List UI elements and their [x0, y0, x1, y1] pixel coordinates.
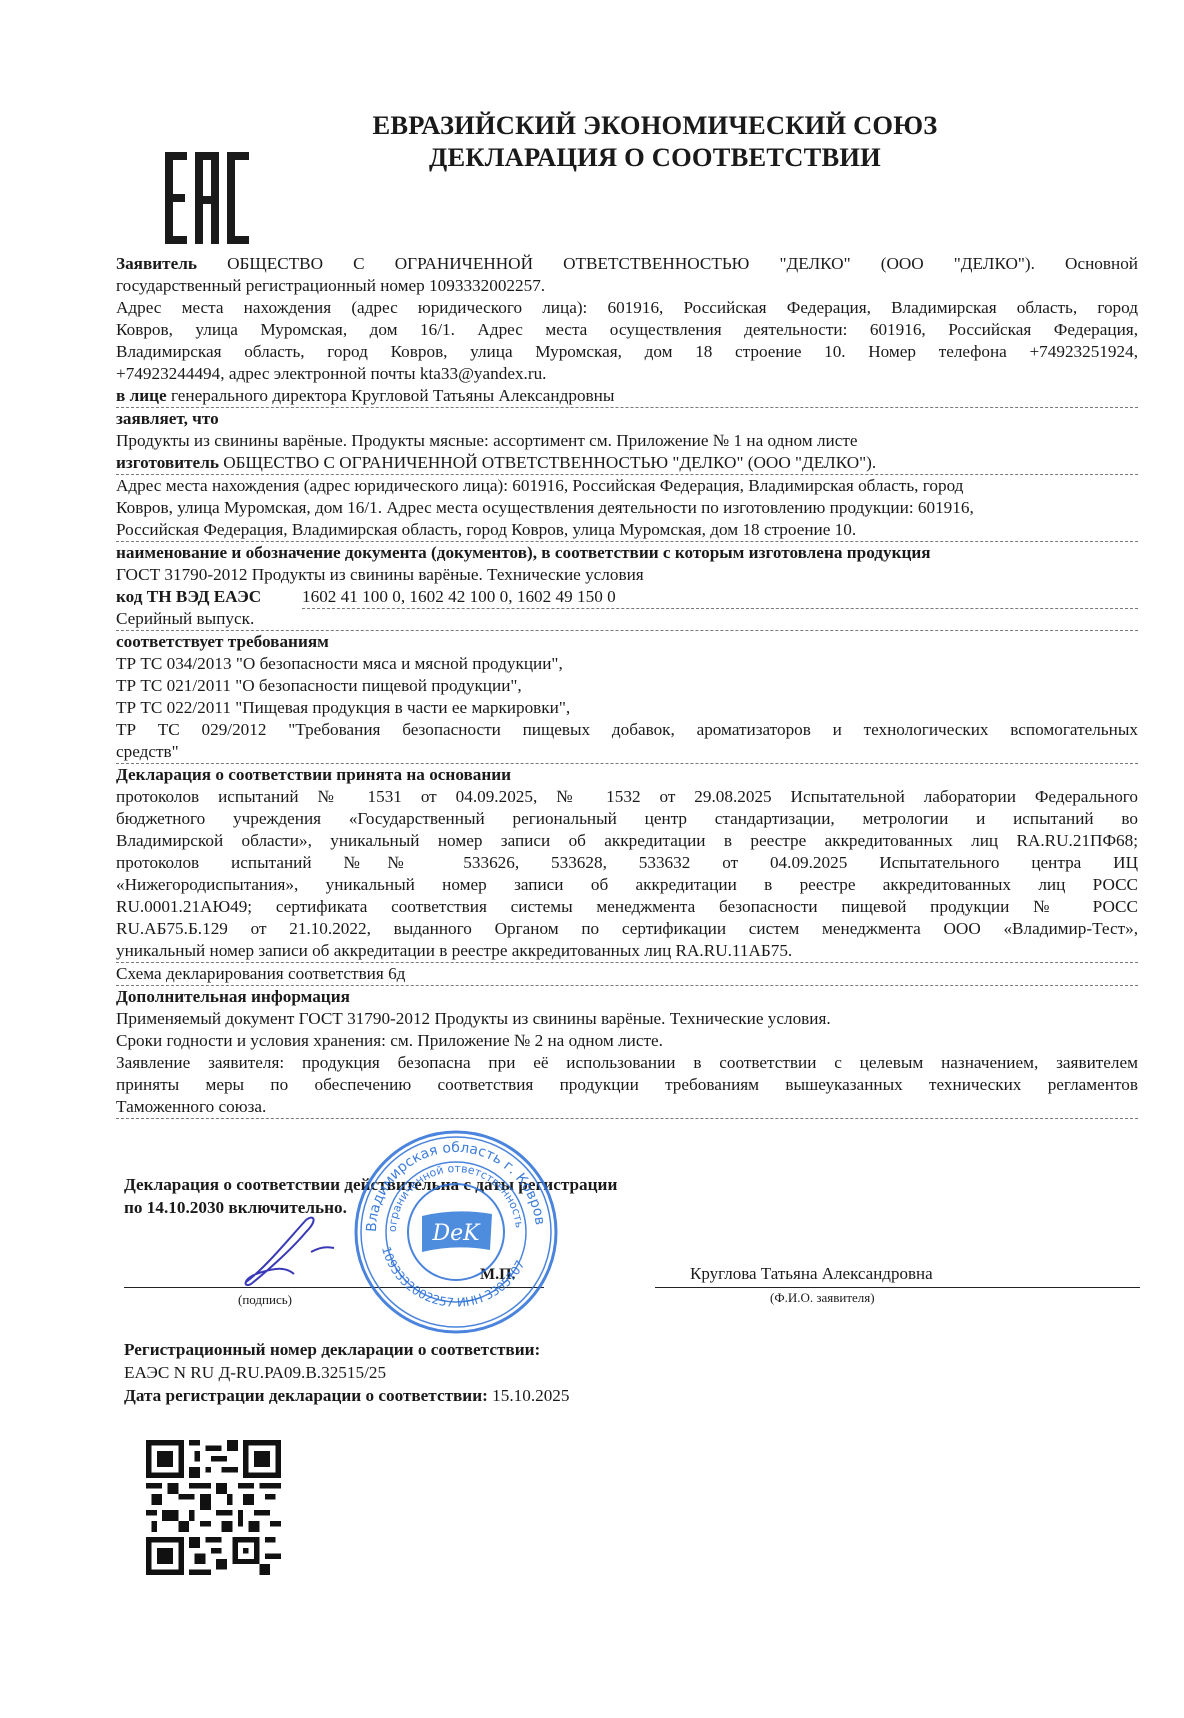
- hs-code-row: код ТН ВЭД ЕАЭС1602 41 100 0, 1602 42 10…: [116, 586, 1138, 608]
- applicant-label: Заявитель: [116, 254, 197, 273]
- product-description: Продукты из свинины варёные. Продукты мя…: [116, 430, 1138, 452]
- registration-number: ЕАЭС N RU Д-RU.РА09.В.32515/25: [124, 1361, 569, 1384]
- scheme: Схема декларирования соответствия 6д: [116, 963, 1138, 986]
- svg-text:DeK: DeK: [431, 1221, 481, 1246]
- requirement-item: средств": [116, 741, 1138, 764]
- requirement-item: ТР ТС 034/2013 "О безопасности мяса и мя…: [116, 653, 1138, 675]
- manufacturer-line: изготовитель ОБЩЕСТВО С ОГРАНИЧЕННОЙ ОТВ…: [116, 452, 1138, 475]
- applicant-ogrn: государственный регистрационный номер 10…: [116, 275, 1138, 297]
- standard-value: ГОСТ 31790-2012 Продукты из свинины варё…: [116, 564, 1138, 586]
- signature-icon: [236, 1212, 356, 1292]
- applicant-contacts: +74923244494, адрес электронной почты kt…: [116, 363, 1138, 385]
- document-body: Заявитель ОБЩЕСТВО С ОГРАНИЧЕННОЙ ОТВЕТС…: [116, 253, 1138, 1119]
- applicant-name-caption: (Ф.И.О. заявителя): [770, 1290, 875, 1306]
- basis-label: Декларация о соответствии принята на осн…: [116, 764, 1138, 786]
- registration-date: 15.10.2025: [492, 1386, 569, 1405]
- union-title: ЕВРАЗИЙСКИЙ ЭКОНОМИЧЕСКИЙ СОЮЗ: [280, 110, 1030, 141]
- requirement-item: ТР ТС 029/2012 "Требования безопасности …: [116, 719, 1138, 741]
- requirements-label: соответствует требованиям: [116, 631, 1138, 653]
- registration-number-label: Регистрационный номер декларации о соотв…: [124, 1338, 569, 1361]
- signature-caption: (подпись): [238, 1292, 292, 1308]
- registration-block: Регистрационный номер декларации о соотв…: [124, 1338, 569, 1407]
- eac-logo-icon: [165, 152, 251, 244]
- requirement-item: ТР ТС 022/2011 "Пищевая продукция в част…: [116, 697, 1138, 719]
- applicant-name: Круглова Татьяна Александровна: [690, 1264, 933, 1284]
- production-type: Серийный выпуск.: [116, 608, 1138, 631]
- name-line: [655, 1287, 1140, 1288]
- declaration-page: ЕВРАЗИЙСКИЙ ЭКОНОМИЧЕСКИЙ СОЮЗ ДЕКЛАРАЦИ…: [0, 0, 1184, 1718]
- representative-line: в лице генерального директора Кругловой …: [116, 385, 1138, 408]
- standard-label: наименование и обозначение документа (до…: [116, 542, 1138, 564]
- company-stamp-icon: Владимирская область г. Ковров ограничен…: [352, 1128, 560, 1336]
- qr-code-icon[interactable]: [146, 1440, 281, 1575]
- hs-code-value: 1602 41 100 0, 1602 42 100 0, 1602 49 15…: [302, 586, 1138, 609]
- additional-label: Дополнительная информация: [116, 986, 1138, 1008]
- declares-label: заявляет, что: [116, 408, 1138, 430]
- applicant-line: Заявитель ОБЩЕСТВО С ОГРАНИЧЕННОЙ ОТВЕТС…: [116, 253, 1138, 275]
- registration-date-label: Дата регистрации декларации о соответств…: [124, 1386, 488, 1405]
- requirement-item: ТР ТС 021/2011 "О безопасности пищевой п…: [116, 675, 1138, 697]
- document-title: ДЕКЛАРАЦИЯ О СООТВЕТСТВИИ: [280, 142, 1030, 173]
- svg-text:1093332002257 ИНН 3305707: 1093332002257 ИНН 3305707: [379, 1245, 527, 1310]
